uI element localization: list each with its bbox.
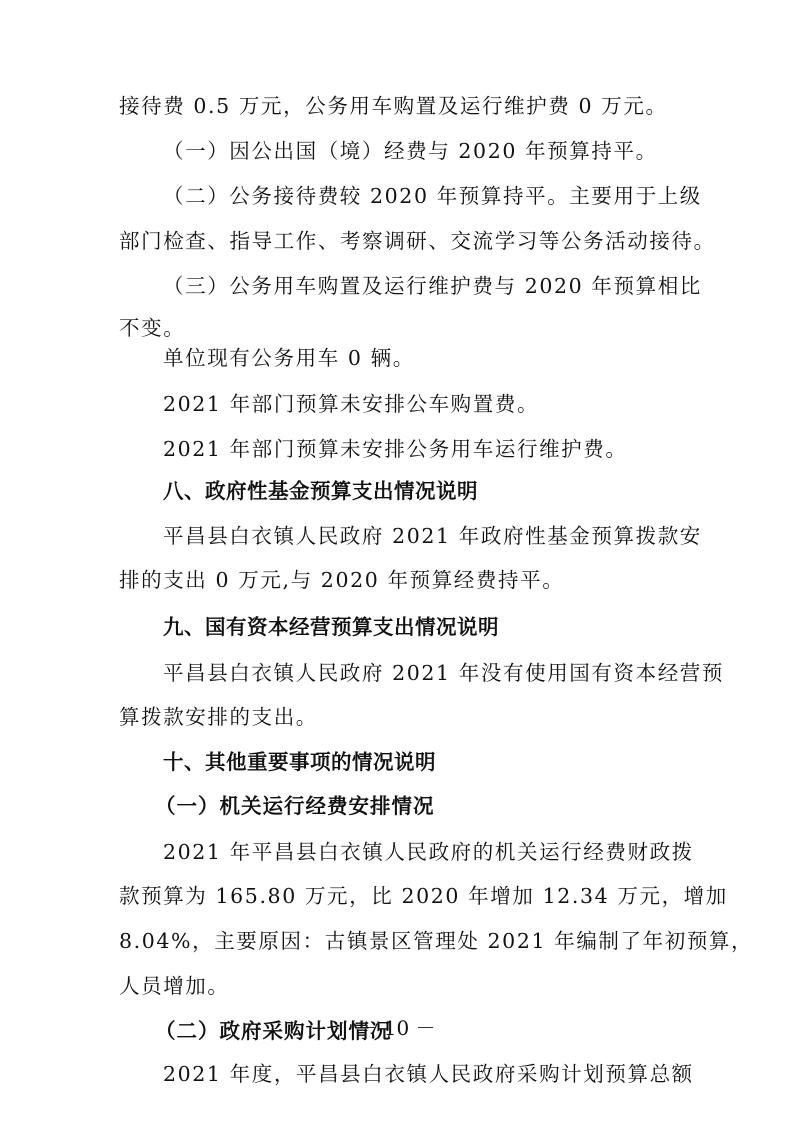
paragraph-line: 款预算为 165.80 万元，比 2020 年增加 12.34 万元，增加 bbox=[119, 882, 679, 910]
paragraph-line: （三）公务用车购置及运行维护费与 2020 年预算相比 bbox=[163, 272, 723, 300]
paragraph-line: 2021 年部门预算未安排公车购置费。 bbox=[163, 390, 723, 418]
paragraph-line: （一）因公出国（境）经费与 2020 年预算持平。 bbox=[163, 137, 723, 165]
section-heading: 八、政府性基金预算支出情况说明 bbox=[163, 477, 723, 505]
paragraph-line: 排的支出 0 万元,与 2020 年预算经费持平。 bbox=[119, 566, 679, 594]
paragraph-line: 2021 年度，平昌县白衣镇人民政府采购计划预算总额 bbox=[163, 1060, 723, 1088]
document-page: 接待费 0.5 万元，公务用车购置及运行维护费 0 万元。（一）因公出国（境）经… bbox=[0, 0, 793, 1122]
section-heading: 十、其他重要事项的情况说明 bbox=[163, 748, 723, 776]
paragraph-line: 接待费 0.5 万元，公务用车购置及运行维护费 0 万元。 bbox=[119, 92, 679, 120]
paragraph-line: 人员增加。 bbox=[119, 972, 679, 1000]
section-heading: 九、国有资本经营预算支出情况说明 bbox=[163, 613, 723, 641]
paragraph-line: （二）公务接待费较 2020 年预算持平。主要用于上级 bbox=[163, 182, 723, 210]
paragraph-line: 算拨款安排的支出。 bbox=[119, 703, 679, 731]
paragraph-line: 平昌县白衣镇人民政府 2021 年没有使用国有资本经营预 bbox=[163, 659, 723, 687]
paragraph-line: 2021 年平昌县白衣镇人民政府的机关运行经费财政拨 bbox=[163, 838, 723, 866]
paragraph-line: 不变。 bbox=[119, 314, 679, 342]
paragraph-line: 部门检查、指导工作、考察调研、交流学习等公务活动接待。 bbox=[119, 227, 679, 255]
subsection-heading: （一）机关运行经费安排情况 bbox=[155, 792, 715, 820]
paragraph-line: 单位现有公务用车 0 辆。 bbox=[163, 344, 723, 372]
paragraph-line: 2021 年部门预算未安排公务用车运行维护费。 bbox=[163, 435, 723, 463]
page-number: － 10 － bbox=[0, 1016, 793, 1040]
paragraph-line: 8.04%，主要原因：古镇景区管理处 2021 年编制了年初预算， bbox=[119, 927, 679, 955]
paragraph-line: 平昌县白衣镇人民政府 2021 年政府性基金预算拨款安 bbox=[163, 522, 723, 550]
